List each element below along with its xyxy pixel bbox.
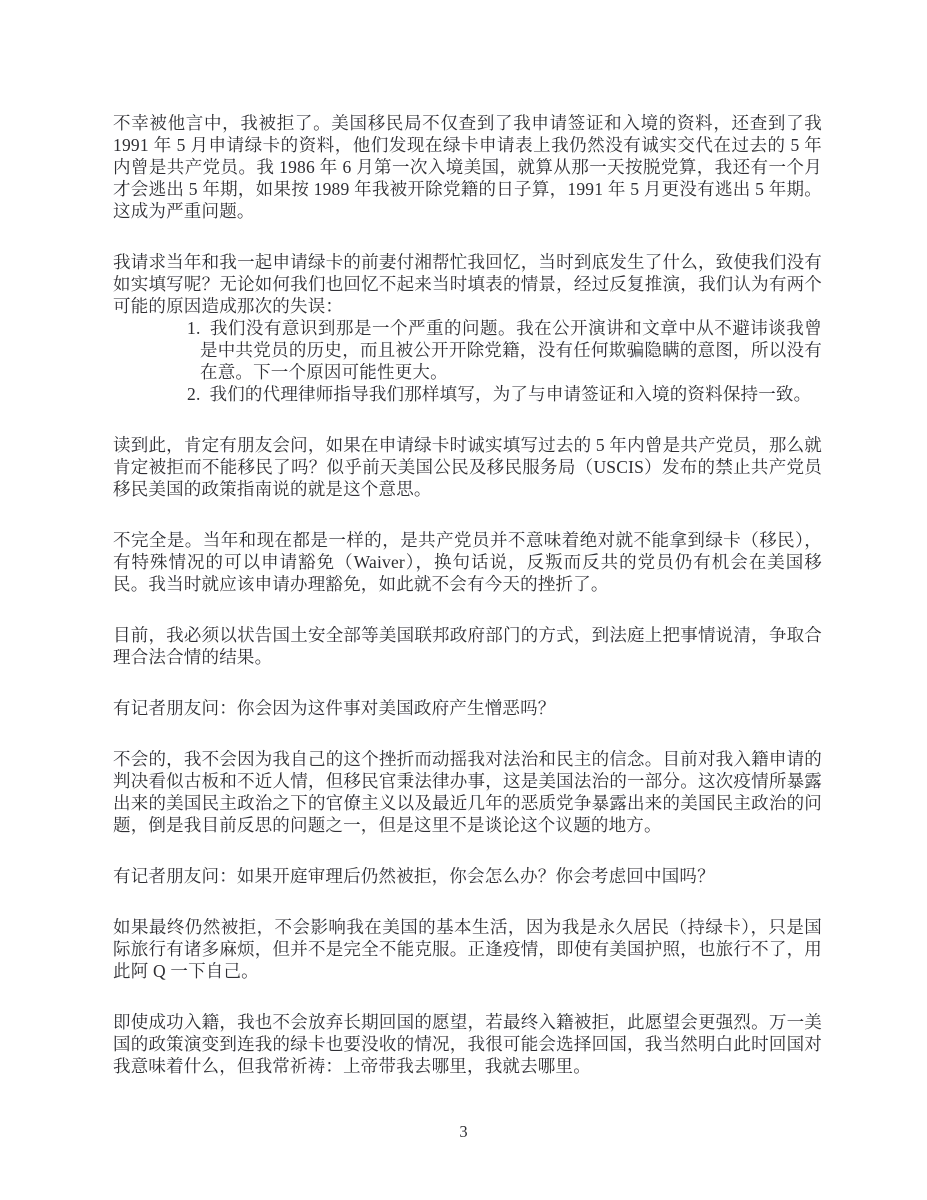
list-item-number: 1. [187,318,201,338]
paragraph-reporter-question-1: 有记者朋友问：你会因为这件事对美国政府产生憎恶吗？ [113,697,822,719]
list-item: 2.我们的代理律师指导我们那样填写，为了与申请签证和入境的资料保持一致。 [200,383,822,405]
document-page: 不幸被他言中，我被拒了。美国移民局不仅查到了我申请签证和入境的资料，还查到了我 … [0,0,927,1200]
list-item: 1.我们没有意识到那是一个严重的问题。我在公开演讲和文章中从不避讳谈我曾是中共党… [200,317,822,383]
paragraph-no-resentment: 不会的，我不会因为我自己的这个挫折而动摇我对法治和民主的信念。目前对我入籍申请的… [113,748,822,836]
paragraph-waiver: 不完全是。当年和现在都是一样的，是共产党员并不意味着绝对就不能拿到绿卡（移民），… [113,529,822,595]
paragraph-recall-intro: 我请求当年和我一起申请绿卡的前妻付湘帮忙我回忆，当时到底发生了什么，致使我们没有… [113,251,822,317]
list-item-number: 2. [187,384,201,404]
paragraph-if-rejected: 如果最终仍然被拒，不会影响我在美国的基本生活，因为我是永久居民（持绿卡），只是国… [113,916,822,982]
paragraph-uscis-question: 读到此，肯定有朋友会问，如果在申请绿卡时诚实填写过去的 5 年内曾是共产党员，那… [113,434,822,500]
numbered-list: 1.我们没有意识到那是一个严重的问题。我在公开演讲和文章中从不避讳谈我曾是中共党… [113,317,822,405]
paragraph-return-wish: 即使成功入籍，我也不会放弃长期回国的愿望，若最终入籍被拒，此愿望会更强烈。万一美… [113,1011,822,1077]
list-item-text: 我们的代理律师指导我们那样填写，为了与申请签证和入境的资料保持一致。 [210,384,812,404]
paragraph-rejection: 不幸被他言中，我被拒了。美国移民局不仅查到了我申请签证和入境的资料，还查到了我 … [113,112,822,222]
paragraph-lawsuit: 目前，我必须以状告国土安全部等美国联邦政府部门的方式，到法庭上把事情说清，争取合… [113,624,822,668]
paragraph-reporter-question-2: 有记者朋友问：如果开庭审理后仍然被拒，你会怎么办？你会考虑回中国吗？ [113,865,822,887]
document-body: 不幸被他言中，我被拒了。美国移民局不仅查到了我申请签证和入境的资料，还查到了我 … [113,112,822,1106]
page-number: 3 [0,1122,927,1142]
list-item-text: 我们没有意识到那是一个严重的问题。我在公开演讲和文章中从不避讳谈我曾是中共党员的… [200,318,822,382]
